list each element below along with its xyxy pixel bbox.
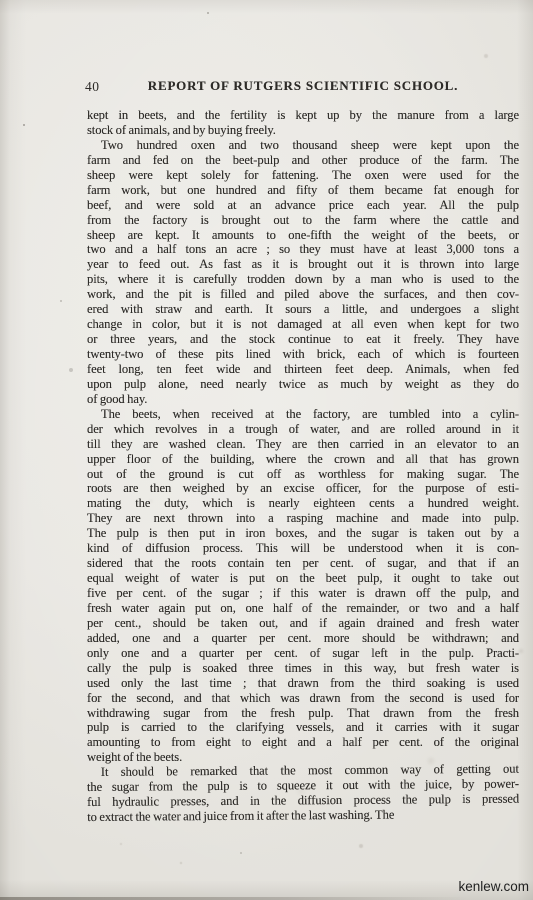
text-line: kept in beets, and the fertility is kept… xyxy=(87,108,519,123)
text-line: five per cent. of the sugar ; if this wa… xyxy=(87,586,519,601)
scan-noise xyxy=(0,0,2,2)
text-line: ered with straw and earth. It sours a li… xyxy=(87,302,519,317)
text-line: added, one and a quarter per cent. more … xyxy=(87,631,519,646)
page-header: 40 REPORT OF RUTGERS SCIENTIFIC SCHOOL. xyxy=(87,78,519,96)
text-line: two and a half tons an acre ; so they mu… xyxy=(87,242,519,257)
scanned-book-page: 40 REPORT OF RUTGERS SCIENTIFIC SCHOOL. … xyxy=(0,0,533,900)
paragraph: Two hundred oxen and two thousand sheep … xyxy=(87,138,519,407)
text-line: amounting to from eight to eight and a h… xyxy=(87,735,519,750)
paragraph: It should be remarked that the most comm… xyxy=(87,762,519,825)
text-line: beef, and were sold at an advance price … xyxy=(87,198,519,213)
text-line: to extract the water and juice from it a… xyxy=(87,807,519,825)
paragraph: The beets, when received at the factory,… xyxy=(87,407,519,766)
text-line: used only the last time ; that drawn fro… xyxy=(87,676,519,691)
text-line: farm and fed on the beet-pulp and other … xyxy=(87,153,519,168)
text-line: upon pulp alone, need nearly twice as mu… xyxy=(87,377,519,392)
text-line: pits, where it is carefully trodden down… xyxy=(87,272,519,287)
text-line: till they are washed clean. They are the… xyxy=(87,437,519,452)
text-line: Two hundred oxen and two thousand sheep … xyxy=(87,138,519,153)
text-line: sheep are kept. It amounts to one-fifth … xyxy=(87,228,519,243)
text-line: farm work, but one hundred and fifty of … xyxy=(87,183,519,198)
text-line: stock of animals, and by buying freely. xyxy=(87,123,519,138)
text-line: They are next thrown into a rasping mach… xyxy=(87,511,519,526)
paragraph: kept in beets, and the fertility is kept… xyxy=(87,108,519,138)
text-line: work, and the pit is filled and piled ab… xyxy=(87,287,519,302)
text-line: upper floor of the building, where the c… xyxy=(87,452,519,467)
text-line: cally the pulp is soaked three times in … xyxy=(87,661,519,676)
text-line: der which revolves in a trough of water,… xyxy=(87,422,519,437)
running-title: REPORT OF RUTGERS SCIENTIFIC SCHOOL. xyxy=(87,78,519,94)
body-text: kept in beets, and the fertility is kept… xyxy=(87,108,519,825)
text-line: The pulp is then put in iron boxes, and … xyxy=(87,526,519,541)
text-line: year to feed out. As fast as it is broug… xyxy=(87,257,519,272)
text-line: change in color, but it is not damaged a… xyxy=(87,317,519,332)
text-line: twenty-two of these pits lined with bric… xyxy=(87,347,519,362)
text-line: mating the duty, which is nearly eightee… xyxy=(87,496,519,511)
text-line: of good hay. xyxy=(87,392,519,407)
text-line: feet long, ten feet wide and thirteen fe… xyxy=(87,362,519,377)
text-line: for the second, and that which was drawn… xyxy=(87,691,519,706)
text-line: pulp is carried to the clarifying vessel… xyxy=(87,720,519,735)
text-line: kind of diffusion process. This will be … xyxy=(87,541,519,556)
text-line: from the factory is brought out to the f… xyxy=(87,213,519,228)
text-line: equal weight of water is put on the beet… xyxy=(87,571,519,586)
watermark: kenlew.com xyxy=(458,879,529,894)
text-line: sheep were kept solely for fattening. Th… xyxy=(87,168,519,183)
text-line: roots are then weighed by an excise offi… xyxy=(87,481,519,496)
text-line: or three years, and the stock continue t… xyxy=(87,332,519,347)
text-line: per cent., should be taken out, and if a… xyxy=(87,616,519,631)
text-line: fresh water again put on, one half of th… xyxy=(87,601,519,616)
text-line: only one and a quarter per cent. of suga… xyxy=(87,646,519,661)
text-line: The beets, when received at the factory,… xyxy=(87,407,519,422)
text-line: withdrawing sugar from the fresh pulp. T… xyxy=(87,706,519,721)
text-line: out of the ground is cut off as worthles… xyxy=(87,467,519,482)
text-line: sidered that the roots contain ten per c… xyxy=(87,556,519,571)
